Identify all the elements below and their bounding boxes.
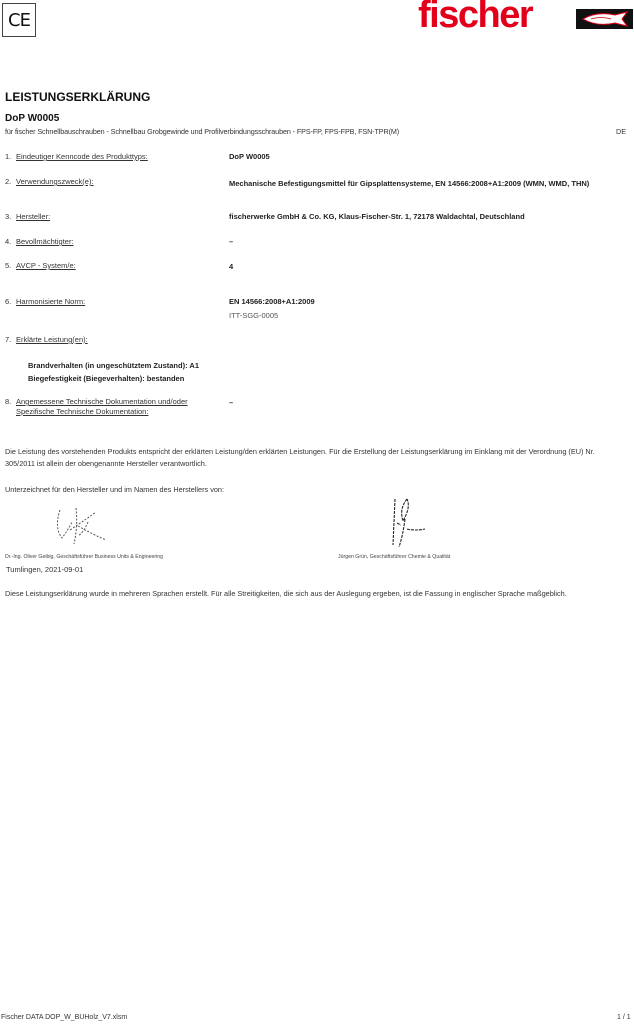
signature-1-image bbox=[48, 500, 128, 552]
footer-page-number: 1 / 1 bbox=[617, 1014, 631, 1021]
item-6-value: EN 14566:2008+A1:2009 bbox=[229, 297, 624, 307]
ce-mark-logo: CE bbox=[2, 3, 36, 37]
item-label-text: Harmonisierte Norm: bbox=[16, 297, 85, 306]
item-6-label: 6.Harmonisierte Norm: bbox=[5, 297, 85, 307]
product-subtitle: für fischer Schnellbauschrauben - Schnel… bbox=[5, 127, 399, 136]
item-3-value: fischerwerke GmbH & Co. KG, Klaus-Fische… bbox=[229, 212, 624, 222]
declaration-paragraph: Die Leistung des vorstehenden Produkts e… bbox=[5, 446, 625, 470]
item-label-text: Eindeutiger Kenncode des Produkttyps: bbox=[16, 152, 148, 161]
fish-logo-icon bbox=[576, 9, 633, 29]
item-8-value: – bbox=[229, 398, 624, 408]
language-code: DE bbox=[616, 127, 626, 136]
signature-2-image bbox=[385, 495, 435, 551]
ce-mark-text: CE bbox=[8, 10, 30, 31]
item-label-text: Erklärte Leistung(en): bbox=[16, 335, 88, 344]
item-label-text: Bevollmächtigter: bbox=[16, 237, 74, 246]
fischer-logo: fischer bbox=[418, 0, 532, 37]
item-4-value: – bbox=[229, 237, 624, 247]
item-label-text: Verwendungszweck(e): bbox=[16, 177, 94, 186]
item-number: 2. bbox=[5, 177, 16, 187]
item-7-label: 7.Erklärte Leistung(en): bbox=[5, 335, 88, 345]
item-number: 4. bbox=[5, 237, 16, 247]
item-5-value: 4 bbox=[229, 262, 624, 272]
language-note: Diese Leistungserklärung wurde in mehrer… bbox=[5, 588, 625, 600]
item-2-label: 2.Verwendungszweck(e): bbox=[5, 177, 94, 187]
fish-icon bbox=[579, 11, 631, 27]
performance-line: Brandverhalten (in ungeschütztem Zustand… bbox=[28, 361, 199, 370]
item-1-label: 1.Eindeutiger Kenncode des Produkttyps: bbox=[5, 152, 148, 162]
item-8-label: 8.Angemessene Technische Dokumentation u… bbox=[5, 397, 188, 407]
item-5-label: 5.AVCP - System/e: bbox=[5, 261, 76, 271]
item-4-label: 4.Bevollmächtigter: bbox=[5, 237, 74, 247]
item-6-value-secondary: ITT-SGG-0005 bbox=[229, 311, 624, 321]
item-number: 1. bbox=[5, 152, 16, 162]
item-label-text: AVCP - System/e: bbox=[16, 261, 76, 270]
item-2-value: Mechanische Befestigungsmittel für Gipsp… bbox=[229, 179, 624, 189]
place-date: Tumlingen, 2021-09-01 bbox=[6, 565, 83, 574]
signed-for-text: Unterzeichnet für den Hersteller und im … bbox=[5, 484, 625, 496]
signatory-2-caption: Jürgen Grün, Geschäftsführer Chemie & Qu… bbox=[338, 554, 450, 560]
item-label-text: Hersteller: bbox=[16, 212, 50, 221]
item-number: 5. bbox=[5, 261, 16, 271]
signatory-1-caption: Dr.-Ing. Oliver Geibig, Geschäftsführer … bbox=[5, 554, 163, 560]
dop-code: DoP W0005 bbox=[5, 113, 59, 124]
item-8-label-line2: Spezifische Technische Dokumentation: bbox=[16, 407, 148, 417]
item-number: 7. bbox=[5, 335, 16, 345]
item-number: 3. bbox=[5, 212, 16, 222]
item-number: 6. bbox=[5, 297, 16, 307]
item-label-text: Spezifische Technische Dokumentation: bbox=[16, 407, 148, 416]
footer-filename: Fischer DATA DOP_W_BUHolz_V7.xlsm bbox=[1, 1014, 127, 1021]
item-number: 8. bbox=[5, 397, 16, 407]
item-label-text: Angemessene Technische Dokumentation und… bbox=[16, 397, 188, 406]
performance-line: Biegefestigkeit (Biegeverhalten): bestan… bbox=[28, 374, 184, 383]
item-1-value: DoP W0005 bbox=[229, 152, 624, 162]
item-3-label: 3.Hersteller: bbox=[5, 212, 50, 222]
document-title: LEISTUNGSERKLÄRUNG bbox=[5, 90, 150, 104]
